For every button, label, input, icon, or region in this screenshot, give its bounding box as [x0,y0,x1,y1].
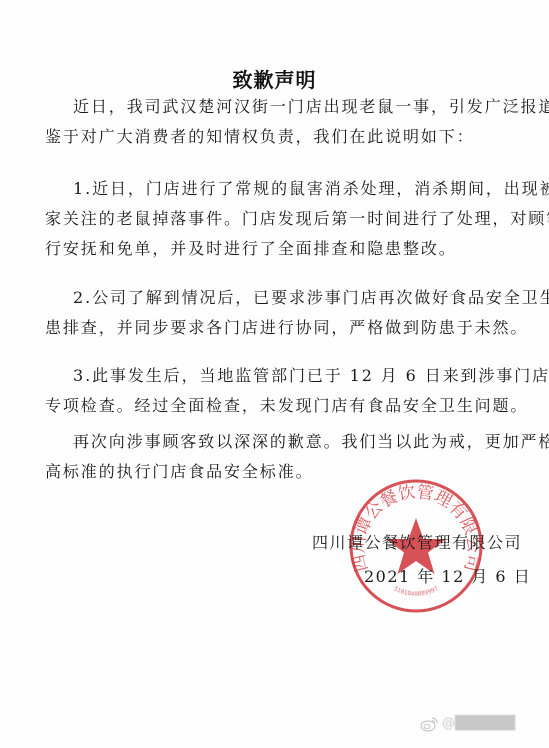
watermark-text: @██████ [442,716,515,731]
paragraph-line: 患排查，并同步要求各门店进行协同，严格做到防患于未然。 [45,318,515,338]
paragraph-line: 2.公司了解到情况后，已要求涉事门店再次做好食品安全卫生隐 [73,288,543,308]
paragraph-line: 1.近日，门店进行了常规的鼠害消杀处理，消杀期间，出现被大 [73,179,543,199]
document-page: 致歉声明 近日，我司武汉楚河汉街一门店出现老鼠一事，引发广泛报道。 鉴于对广大消… [0,0,549,748]
paragraph-line: 近日，我司武汉楚河汉街一门店出现老鼠一事，引发广泛报道。 [73,97,543,117]
signature-company: 四川谭公餐饮管理有限公司 [312,530,522,553]
paragraph-line: 专项检查。经过全面检查，未发现门店有食品安全卫生问题。 [45,396,515,416]
paragraph-line: 3.此事发生后，当地监管部门已于 12 月 6 日来到涉事门店进行 [73,366,543,386]
signature-date: 2021 年 12 月 6 日 [364,564,531,587]
page-title: 致歉声明 [0,64,549,93]
paragraph-line: 再次向涉事顾客致以深深的歉意。我们当以此为戒，更加严格、 [73,432,543,452]
paragraph-line: 行安抚和免单，并及时进行了全面排查和隐患整改。 [45,239,515,259]
paragraph-line: 家关注的老鼠掉落事件。门店发现后第一时间进行了处理，对顾客进 [45,209,515,229]
weibo-icon [420,716,438,732]
paragraph-line: 鉴于对广大消费者的知情权负责，我们在此说明如下： [45,127,515,147]
